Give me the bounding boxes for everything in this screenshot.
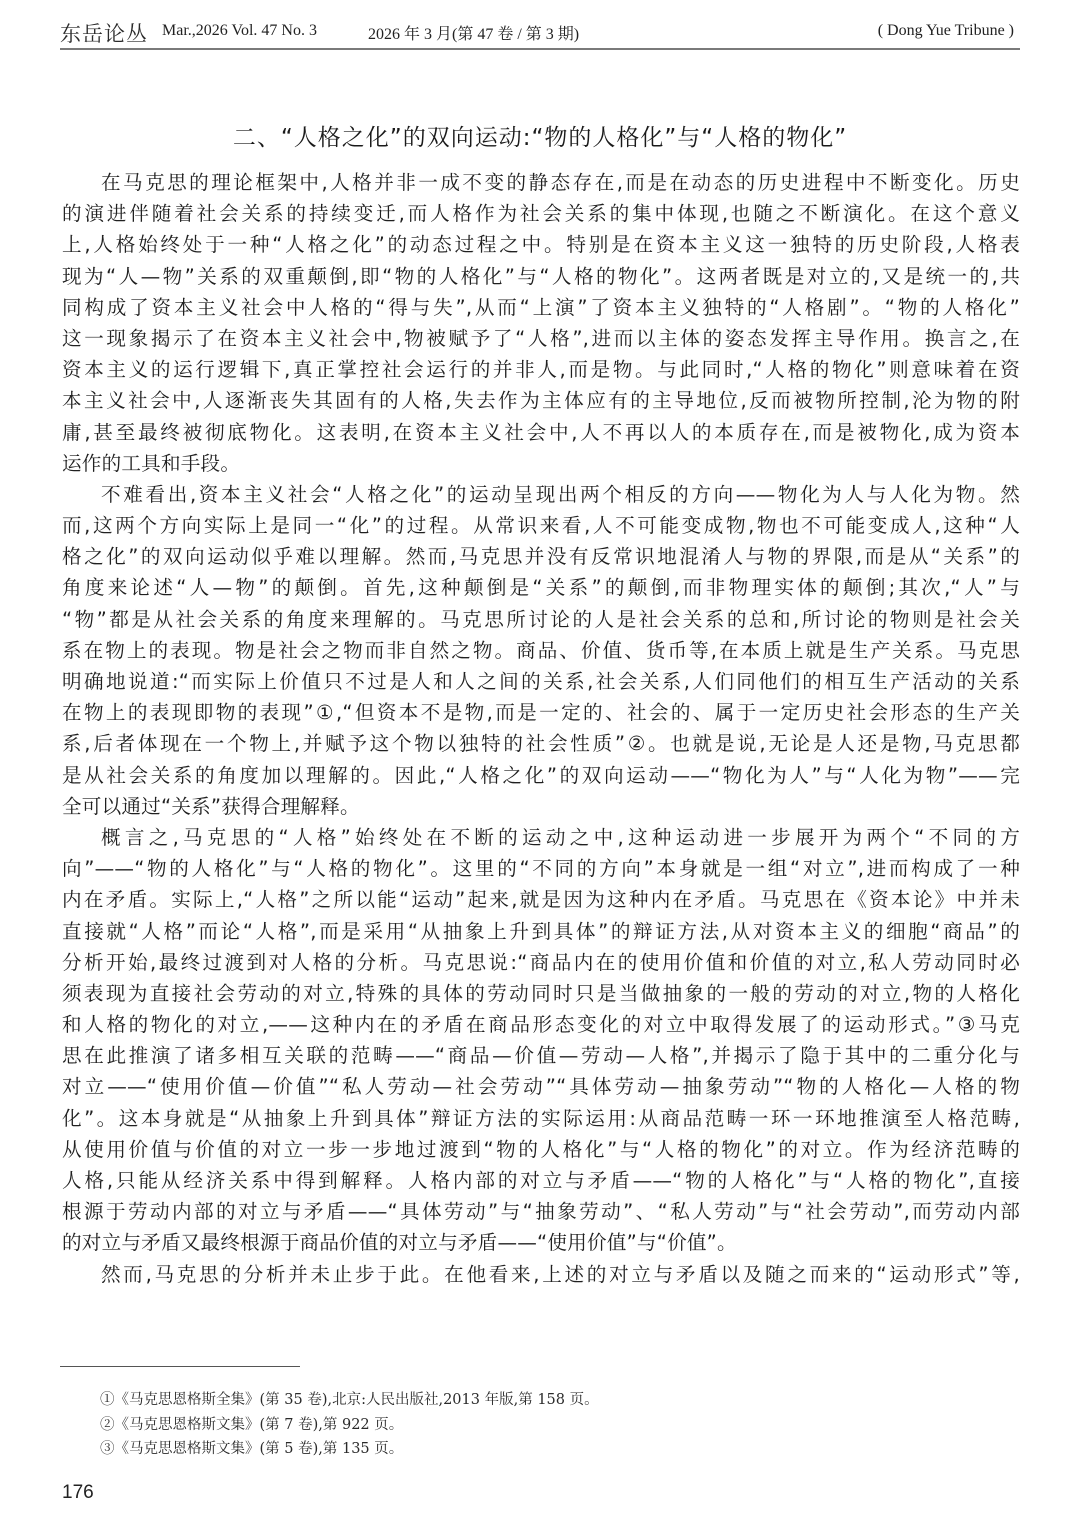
text-line: 这一现象揭示了在资本主义社会中,物被赋予了“人格”,进而以主体的姿态发挥主导作用… xyxy=(62,323,1020,354)
text-line: 庸,甚至最终被彻底物化。这表明,在资本主义社会中,人不再以人的本质存在,而是被物… xyxy=(62,417,1020,448)
text-line: 格之化”的双向运动似乎难以理解。然而,马克思并没有反常识地混淆人与物的界限,而是… xyxy=(62,541,1020,572)
journal-name-english: ( Dong Yue Tribune ) xyxy=(878,22,1014,40)
text-line: 系在物上的表现。物是社会之物而非自然之物。商品、价值、货币等,在本质上就是生产关… xyxy=(62,635,1020,666)
text-line: 然而,马克思的分析并未止步于此。在他看来,上述的对立与矛盾以及随之而来的“运动形… xyxy=(62,1259,1020,1290)
text-line: 的演进伴随着社会关系的持续变迁,而人格作为社会关系的集中体现,也随之不断演化。在… xyxy=(62,198,1020,229)
text-line: 向”——“物的人格化”与“人格的物化”。这里的“不同的方向”本身就是一组“对立”… xyxy=(62,853,1020,884)
journal-name: 东岳论丛 xyxy=(60,18,148,48)
text-line: 直接就“人格”而论“人格”,而是采用“从抽象上升到具体”的辩证方法,从对资本主义… xyxy=(62,916,1020,947)
text-line: 须表现为直接社会劳动的对立,特殊的具体的劳动同时只是当做抽象的一般的劳动的对立,… xyxy=(62,978,1020,1009)
text-line: 全可以通过“关系”获得合理解释。 xyxy=(62,791,1020,822)
text-line: 思在此推演了诸多相互关联的范畴——“商品—价值—劳动—人格”,并揭示了隐于其中的… xyxy=(62,1040,1020,1071)
section-title: 二、“人格之化”的双向运动:“物的人格化”与“人格的物化” xyxy=(0,119,1080,152)
text-line: 概言之,马克思的“人格”始终处在不断的运动之中,这种运动进一步展开为两个“不同的… xyxy=(62,822,1020,853)
paragraph-3: 概言之,马克思的“人格”始终处在不断的运动之中,这种运动进一步展开为两个“不同的… xyxy=(62,822,1020,1259)
text-line: 不难看出,资本主义社会“人格之化”的运动呈现出两个相反的方向——物化为人与人化为… xyxy=(62,479,1020,510)
article-body: 在马克思的理论框架中,人格并非一成不变的静态存在,而是在动态的历史进程中不断变化… xyxy=(62,167,1020,1290)
text-line: “物”都是从社会关系的角度来理解的。马克思所讨论的人是社会关系的总和,所讨论的物… xyxy=(62,604,1020,635)
text-line: 本主义社会中,人逐渐丧失其固有的人格,失去作为主体应有的主导地位,反而被物所控制… xyxy=(62,385,1020,416)
text-line: 化”。这本身就是“从抽象上升到具体”辩证方法的实际运用:从商品范畴一环一环地推演… xyxy=(62,1103,1020,1134)
text-line: 人格,只能从经济关系中得到解释。人格内部的对立与矛盾——“物的人格化”与“人格的… xyxy=(62,1165,1020,1196)
text-line: 对立——“使用价值—价值”“私人劳动—社会劳动”“具体劳动—抽象劳动”“物的人格… xyxy=(62,1071,1020,1102)
footnote-divider xyxy=(60,1366,300,1367)
text-line: 在马克思的理论框架中,人格并非一成不变的静态存在,而是在动态的历史进程中不断变化… xyxy=(62,167,1020,198)
text-line: 角度来论述“人—物”的颠倒。首先,这种颠倒是“关系”的颠倒,而非物理实体的颠倒;… xyxy=(62,572,1020,603)
footnote-3: ③《马克思恩格斯文集》(第 5 卷),第 135 页。 xyxy=(100,1437,599,1462)
text-line: 根源于劳动内部的对立与矛盾——“具体劳动”与“抽象劳动”、“私人劳动”与“社会劳… xyxy=(62,1196,1020,1227)
text-line: 和人格的物化的对立,——这种内在的矛盾在商品形态变化的对立中取得发展了的运动形式… xyxy=(62,1009,1020,1040)
text-line: 明确地说道:“而实际上价值只不过是人和人之间的关系,社会关系,人们同他们的相互生… xyxy=(62,666,1020,697)
text-line: 资本主义的运行逻辑下,真正掌控社会运行的并非人,而是物。与此同时,“人格的物化”… xyxy=(62,354,1020,385)
text-line: 运作的工具和手段。 xyxy=(62,448,1020,479)
text-line: 在物上的表现即物的表现”①,“但资本不是物,而是一定的、社会的、属于一定历史社会… xyxy=(62,697,1020,728)
paragraph-1: 在马克思的理论框架中,人格并非一成不变的静态存在,而是在动态的历史进程中不断变化… xyxy=(62,167,1020,479)
text-line: 是从社会关系的角度加以理解的。因此,“人格之化”的双向运动——“物化为人”与“人… xyxy=(62,760,1020,791)
text-line: 系,后者体现在一个物上,并赋予这个物以独特的社会性质”②。也就是说,无论是人还是… xyxy=(62,728,1020,759)
text-line: 现为“人—物”关系的双重颠倒,即“物的人格化”与“人格的物化”。这两者既是对立的… xyxy=(62,261,1020,292)
footnote-1: ①《马克思恩格斯全集》(第 35 卷),北京:人民出版社,2013 年版,第 1… xyxy=(100,1388,599,1413)
issue-info-chinese: 2026 年 3 月(第 47 卷 / 第 3 期) xyxy=(368,21,579,44)
text-line: 而,这两个方向实际上是同一“化”的过程。从常识来看,人不可能变成物,物也不可能变… xyxy=(62,510,1020,541)
text-line: 上,人格始终处于一种“人格之化”的动态过程之中。特别是在资本主义这一独特的历史阶… xyxy=(62,229,1020,260)
text-line: 内在矛盾。实际上,“人格”之所以能“运动”起来,就是因为这种内在矛盾。马克思在《… xyxy=(62,884,1020,915)
text-line: 的对立与矛盾又最终根源于商品价值的对立与矛盾——“使用价值”与“价值”。 xyxy=(62,1227,1020,1258)
issue-info-english: Mar.,2026 Vol. 47 No. 3 xyxy=(162,22,317,40)
footnote-2: ②《马克思恩格斯文集》(第 7 卷),第 922 页。 xyxy=(100,1413,599,1438)
text-line: 从使用价值与价值的对立一步一步地过渡到“物的人格化”与“人格的物化”的对立。作为… xyxy=(62,1134,1020,1165)
text-line: 分析开始,最终过渡到对人格的分析。马克思说:“商品内在的使用价值和价值的对立,私… xyxy=(62,947,1020,978)
footnotes: ①《马克思恩格斯全集》(第 35 卷),北京:人民出版社,2013 年版,第 1… xyxy=(100,1388,599,1462)
page-number: 176 xyxy=(62,1482,94,1504)
running-header: 东岳论丛 Mar.,2026 Vol. 47 No. 3 2026 年 3 月(… xyxy=(60,14,1020,50)
paragraph-4: 然而,马克思的分析并未止步于此。在他看来,上述的对立与矛盾以及随之而来的“运动形… xyxy=(62,1259,1020,1290)
paragraph-2: 不难看出,资本主义社会“人格之化”的运动呈现出两个相反的方向——物化为人与人化为… xyxy=(62,479,1020,822)
text-line: 同构成了资本主义社会中人格的“得与失”,从而“上演”了资本主义独特的“人格剧”。… xyxy=(62,292,1020,323)
